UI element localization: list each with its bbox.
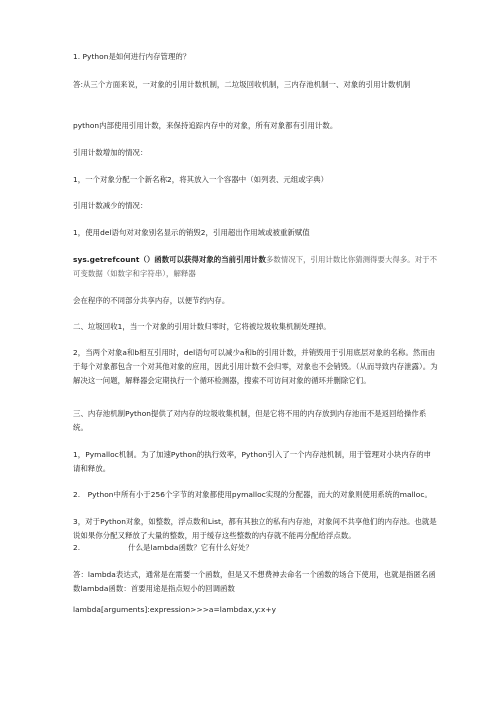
decrease-item: 1，使用del语句对对象别名显示的销毁2，引用超出作用域或被重新赋值 [73,226,438,240]
document-page: 1. Python是如何进行内存管理的？ 答:从三个方面来说，一对象的引用计数机… [0,0,500,708]
decrease-heading: 引用计数减少的情况： [73,199,438,213]
small-objects-paragraph: 2. Python中所有小于256个字节的对象都使用pymalloc实现的分配器… [73,488,438,502]
increase-item: 1，一个对象分配一个新名称2，将其放入一个容器中（如列表、元组或字典） [73,173,438,187]
gc-section: 二、垃圾回收1，当一个对象的引用计数归零时，它将被垃圾收集机制处理掉。 [73,320,438,334]
lambda-answer: 答：lambda表达式，通常是在需要一个函数，但是又不想费神去命名一个函数的场合… [73,568,438,596]
shared-memory-note: 会在程序的不同部分共享内存，以便节约内存。 [73,294,438,308]
per-type-pool-paragraph: 3，对于Python对象，如整数，浮点数和List，都有其独立的私有内存池，对象… [73,515,438,543]
getrefcount-bold-text: sys.getrefcount（）函数可以获得对象的当前引用计数 [73,255,266,264]
question-2-number: 2. [73,543,80,552]
getrefcount-paragraph: sys.getrefcount（）函数可以获得对象的当前引用计数多数情况下，引用… [73,253,438,281]
question-2-text: 什么是lambda函数？它有什么好处？ [128,543,253,552]
memory-pool-section: 三、内存池机制Python提供了对内存的垃圾收集机制，但是它将不用的内存放到内存… [73,407,438,435]
gc-cycle-paragraph: 2，当两个对象a和b相互引用时，del语句可以减少a和b的引用计数，并销毁用于引… [73,346,438,388]
answer-intro: 答:从三个方面来说，一对象的引用计数机制，二垃圾回收机制，三内存池机制一、对象的… [73,78,438,92]
lambda-syntax: lambda[arguments]:expression>>>a=lambdax… [73,603,438,617]
increase-heading: 引用计数增加的情况： [73,146,438,160]
refcount-description: python内部使用引用计数，来保持追踪内存中的对象，所有对象都有引用计数。 [73,119,438,133]
question-1-title: 1. Python是如何进行内存管理的？ [73,50,438,64]
question-2-title: 2.什么是lambda函数？它有什么好处？ [73,541,438,555]
pymalloc-paragraph: 1，Pymalloc机制。为了加速Python的执行效率，Python引入了一个… [73,448,438,476]
